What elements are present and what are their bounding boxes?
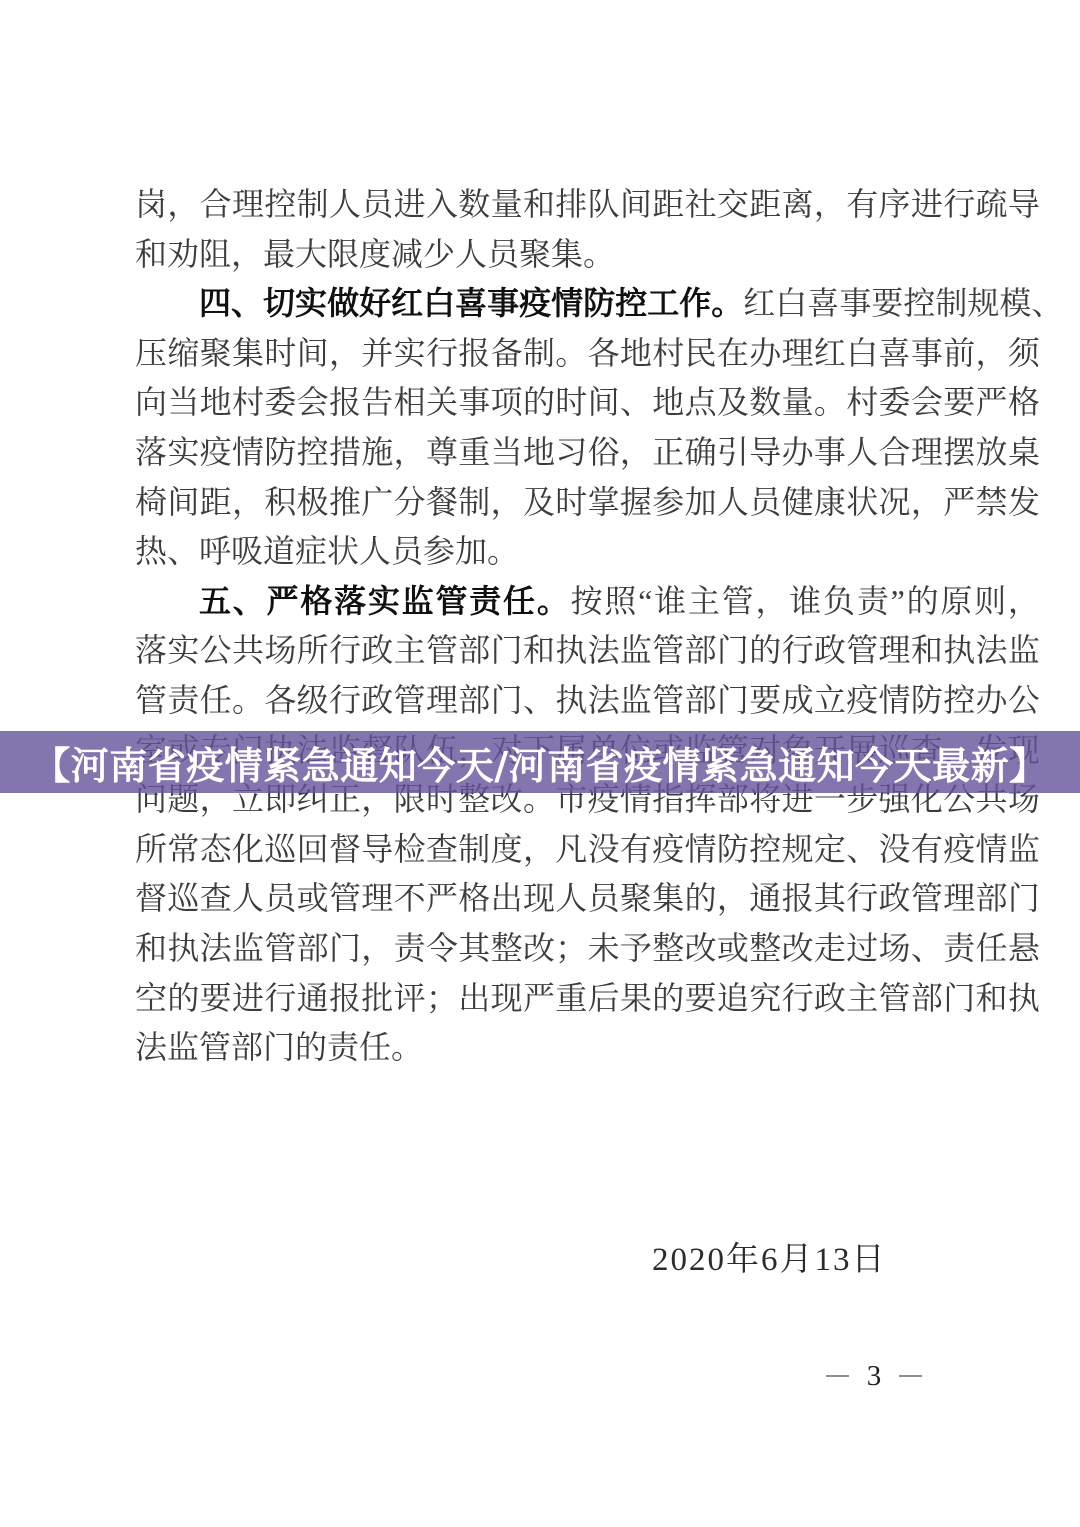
document-date: 2020年6月13日 bbox=[652, 1238, 887, 1282]
document-line: 落实疫情防控措施，尊重当地习俗，正确引导办事人合理摆放桌 bbox=[135, 428, 1040, 478]
page-number-value: 3 bbox=[867, 1362, 882, 1390]
page-number: 3 bbox=[826, 1362, 922, 1390]
document-line: 和执法监管部门，责令其整改；未予整改或整改走过场、责任悬 bbox=[135, 924, 1040, 974]
document-line: 法监管部门的责任。 bbox=[135, 1023, 1040, 1073]
banner-headline: 【河南省疫情紧急通知今天/河南省疫情紧急通知今天最新】 bbox=[32, 735, 1047, 790]
document-line: 和劝阻，最大限度减少人员聚集。 bbox=[135, 230, 1040, 280]
document-line: 岗，合理控制人员进入数量和排队间距社交距离，有序进行疏导 bbox=[135, 180, 1040, 230]
document-line: 督巡查人员或管理不严格出现人员聚集的，通报其行政管理部门 bbox=[135, 874, 1040, 924]
document-line: 四、切实做好红白喜事疫情防控工作。红白喜事要控制规模、 bbox=[135, 279, 1040, 329]
document-page: 岗，合理控制人员进入数量和排队间距社交距离，有序进行疏导和劝阻，最大限度减少人员… bbox=[0, 0, 1080, 1527]
document-line: 五、严格落实监管责任。按照“谁主管，谁负责”的原则， bbox=[135, 577, 1040, 627]
page-number-left-dash bbox=[826, 1375, 849, 1377]
overlay-banner: 【河南省疫情紧急通知今天/河南省疫情紧急通知今天最新】 bbox=[0, 731, 1080, 793]
document-line: 管责任。各级行政管理部门、执法监管部门要成立疫情防控办公 bbox=[135, 676, 1040, 726]
document-line: 空的要进行通报批评；出现严重后果的要追究行政主管部门和执 bbox=[135, 974, 1040, 1024]
document-line: 落实公共场所行政主管部门和执法监管部门的行政管理和执法监 bbox=[135, 626, 1040, 676]
document-line: 所常态化巡回督导检查制度，凡没有疫情防控规定、没有疫情监 bbox=[135, 825, 1040, 875]
document-text: 岗，合理控制人员进入数量和排队间距社交距离，有序进行疏导和劝阻，最大限度减少人员… bbox=[135, 180, 1040, 1073]
document-line: 向当地村委会报告相关事项的时间、地点及数量。村委会要严格 bbox=[135, 378, 1040, 428]
document-line: 压缩聚集时间，并实行报备制。各地村民在办理红白喜事前，须 bbox=[135, 329, 1040, 379]
page-number-right-dash bbox=[899, 1375, 922, 1377]
document-line: 热、呼吸道症状人员参加。 bbox=[135, 527, 1040, 577]
document-line: 椅间距，积极推广分餐制，及时掌握参加人员健康状况，严禁发 bbox=[135, 478, 1040, 528]
